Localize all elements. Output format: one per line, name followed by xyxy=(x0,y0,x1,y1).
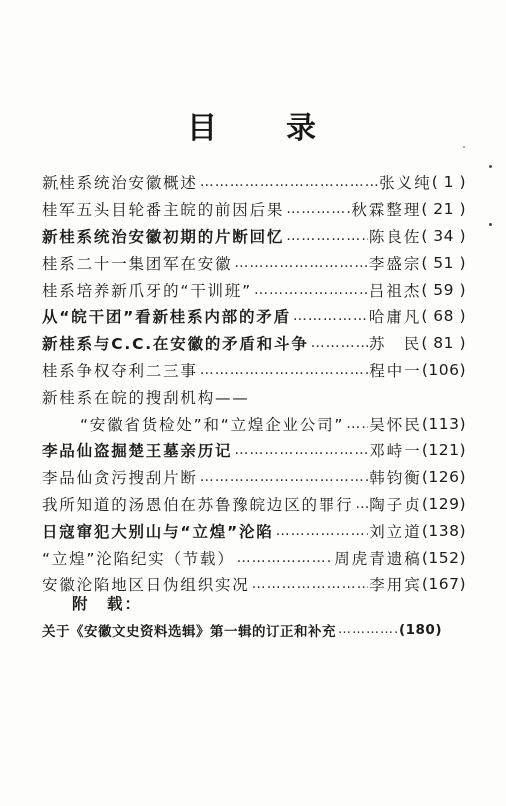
toc-entry-row: 新桂系统治安徽初期的片断回忆 …………………………………………………………………… xyxy=(42,223,466,250)
entry-page-number: (113) xyxy=(422,415,466,433)
toc-entry-row: 新桂系统治安徽概述 ………………………………………………………………………………… xyxy=(42,169,466,196)
dot-leader: …………………………………………………………………………………………………………… xyxy=(286,201,350,217)
page-title: 目 录 xyxy=(0,103,506,147)
dot-leader: …………………………………………………………………………………………………………… xyxy=(234,442,368,458)
dot-leader: …………………………………………………………………………………………………………… xyxy=(200,174,378,190)
entry-page-number: (106) xyxy=(422,361,466,379)
entry-author: 吴怀民 xyxy=(369,413,422,435)
entry-author: 刘立道 xyxy=(369,520,422,542)
entry-title: 从“皖干团”看新桂系内部的矛盾 xyxy=(42,305,291,327)
toc-entry-row-continuation: “安徽省货检处”和“立煌企业公司” …………………………………………………………… xyxy=(42,410,466,437)
entry-author: 吕祖杰 xyxy=(369,279,422,301)
dot-leader: …………………………………………………………………………………………………………… xyxy=(200,469,369,485)
dot-leader: …………………………………………………………………………………………………………… xyxy=(252,576,369,592)
scan-speck xyxy=(56,187,58,190)
dot-leader: …………………………………………………………………………………………………………… xyxy=(293,308,368,324)
toc-entry-row: 桂军五头目轮番主皖的前因后果 …………………………………………………………………… xyxy=(42,196,466,223)
toc-entry-row: “立煌”沦陷纪实（节载） ………………………………………………………………………… xyxy=(42,544,466,571)
toc-entry-row: 日寇窜犯大别山与“立煌”沦陷 …………………………………………………………………… xyxy=(42,517,466,544)
entry-page-number: ( 34 ) xyxy=(421,227,466,245)
entry-author: 陶子贞 xyxy=(369,493,422,515)
entry-title: 关于《安徽文史资料选辑》第一辑的订正和补充 xyxy=(42,620,336,640)
toc-entry-row: 李品仙盗掘楚王墓亲历记 …………………………………………………………………………… xyxy=(42,437,466,464)
toc-entry-row: 桂系二十一集团军在安徽 …………………………………………………………………………… xyxy=(42,249,466,276)
dot-leader: …………………………………………………………………………………………………………… xyxy=(200,362,369,378)
entry-page-number: (152) xyxy=(422,549,466,567)
entry-page-number: ( 51 ) xyxy=(421,254,466,272)
entry-author: 程中一 xyxy=(369,359,422,381)
entry-page-number: (121) xyxy=(422,441,466,459)
scan-speck xyxy=(489,223,492,226)
entry-author: 李盛宗 xyxy=(369,252,422,274)
entry-page-number: ( 81 ) xyxy=(421,334,466,352)
entry-page-number: (138) xyxy=(422,522,466,540)
toc-entry-row: 李品仙贪污搜刮片断 ………………………………………………………………………………… xyxy=(42,464,466,491)
entry-author: 周虎青遗稿 xyxy=(334,547,422,569)
appendix-entry-row: 关于《安徽文史资料选辑》第一辑的订正和补充 ………………………………………………… xyxy=(42,617,466,644)
entry-title: “立煌”沦陷纪实（节载） xyxy=(42,547,235,569)
entry-title: 新桂系统治安徽初期的片断回忆 xyxy=(42,225,284,247)
entry-title: 桂系二十一集团军在安徽 xyxy=(42,252,232,274)
toc-entry-row: 桂系培养新爪牙的“干训班” ……………………………………………………………………… xyxy=(42,276,466,303)
dot-leader: …………………………………………………………………………………………………………… xyxy=(254,282,368,298)
entry-title: 桂军五头目轮番主皖的前因后果 xyxy=(42,198,284,220)
dot-leader: …………………………………………………………………………………………………………… xyxy=(286,228,368,244)
entry-author: 秋霖整理 xyxy=(351,198,421,220)
entry-page-number: ( 68 ) xyxy=(421,307,466,325)
entry-author: 苏 民 xyxy=(369,332,422,354)
entry-page-number: (126) xyxy=(422,468,466,486)
entry-author: 张义纯 xyxy=(379,171,432,193)
table-of-contents: 新桂系统治安徽概述 ………………………………………………………………………………… xyxy=(42,169,466,643)
scanned-book-page: 目 录 新桂系统治安徽概述 ……………………………………………………………………… xyxy=(0,0,506,806)
entry-title: 桂系争权夺利二三事 xyxy=(42,359,198,381)
entry-author: 陈良佐 xyxy=(369,225,422,247)
dot-leader: …………………………………………………………………………………………………………… xyxy=(338,622,398,637)
entry-author: 邓峙一 xyxy=(369,439,422,461)
dot-leader: …………………………………………………………………………………………………………… xyxy=(346,416,368,432)
entry-title: 新桂系与C.C.在安徽的矛盾和斗争 xyxy=(42,332,309,354)
entry-author: 韩钧衡 xyxy=(369,466,422,488)
scan-speck xyxy=(489,165,492,168)
entry-page-number: (167) xyxy=(422,575,466,593)
toc-entry-row-continuation-head: 新桂系在皖的搜刮机构—— xyxy=(42,383,466,410)
entry-author: 李用宾 xyxy=(369,573,422,595)
entry-title: “安徽省货检处”和“立煌企业公司” xyxy=(80,413,344,435)
entry-page-number: ( 1 ) xyxy=(432,173,466,191)
entry-title: 日寇窜犯大别山与“立煌”沦陷 xyxy=(42,520,274,542)
dot-leader: …………………………………………………………………………………………………………… xyxy=(311,335,368,351)
entry-page-number: (129) xyxy=(422,495,466,513)
entry-author: 哈庸凡 xyxy=(369,305,422,327)
toc-entry-row: 我所知道的汤恩伯在苏鲁豫皖边区的罪行 ………………………………………………………… xyxy=(42,491,466,518)
toc-entry-row: 新桂系与C.C.在安徽的矛盾和斗争 …………………………………………………………… xyxy=(42,330,466,357)
entry-page-number: ( 59 ) xyxy=(421,281,466,299)
entry-page-number: (180) xyxy=(399,622,442,638)
dot-leader: …………………………………………………………………………………………………………… xyxy=(234,255,368,271)
entry-title: 李品仙盗掘楚王墓亲历记 xyxy=(42,439,232,461)
entry-title: 新桂系统治安徽概述 xyxy=(42,171,198,193)
dot-leader: …………………………………………………………………………………………………………… xyxy=(276,523,369,539)
entry-title: 新桂系在皖的搜刮机构—— xyxy=(42,386,250,408)
scan-speck xyxy=(463,146,465,148)
entry-title: 李品仙贪污搜刮片断 xyxy=(42,466,198,488)
dot-leader: …………………………………………………………………………………………………………… xyxy=(355,496,368,512)
entry-title: 桂系培养新爪牙的“干训班” xyxy=(42,279,252,301)
toc-entry-row: 桂系争权夺利二三事 ………………………………………………………………………………… xyxy=(42,357,466,384)
toc-entry-row: 从“皖干团”看新桂系内部的矛盾 ………………………………………………………………… xyxy=(42,303,466,330)
entry-page-number: ( 21 ) xyxy=(421,200,466,218)
dot-leader: …………………………………………………………………………………………………………… xyxy=(237,550,334,566)
entry-title: 我所知道的汤恩伯在苏鲁豫皖边区的罪行 xyxy=(42,493,353,515)
